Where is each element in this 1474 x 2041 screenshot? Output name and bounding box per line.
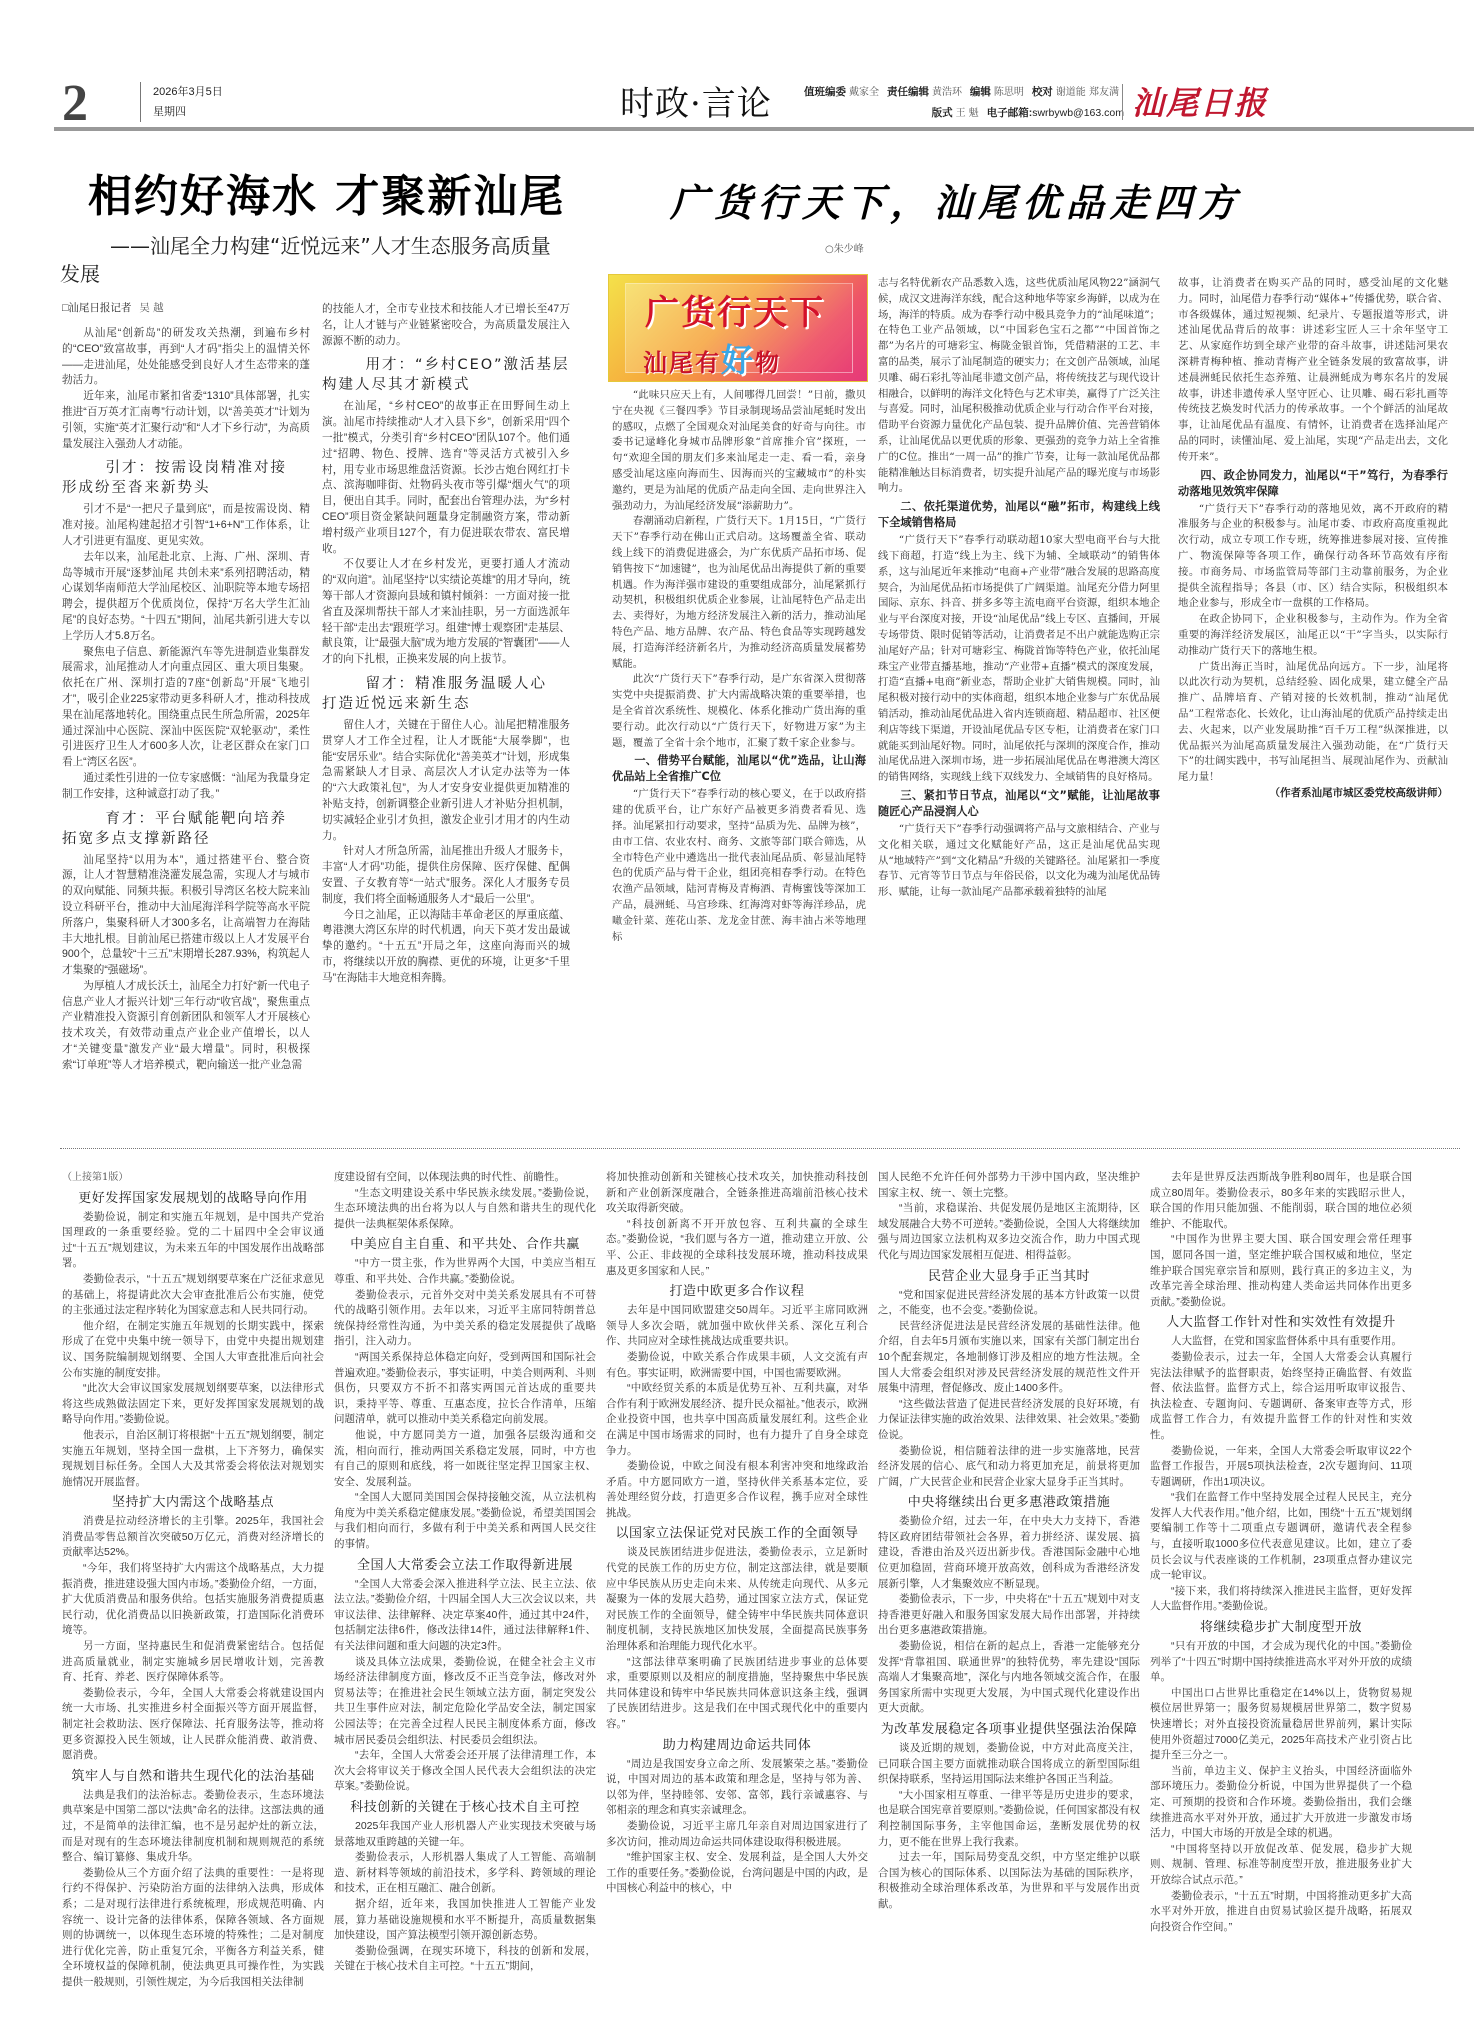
- paragraph: 民营经济促进法是民营经济发展的基础性法律。他介绍，自去年5月颁布实施以来，国家有…: [878, 1319, 1140, 1397]
- editor: 陈思明: [994, 87, 1024, 98]
- subheading: 民营企业大显身手正当其时: [878, 1267, 1140, 1287]
- paragraph: “当前，求稳谋治、共促发展仍是地区主流期待，区域发展融合大势不可逆转。”娄勤俭说…: [878, 1201, 1140, 1263]
- subheading: 中美应自主自重、和平共处、合作共赢: [334, 1235, 596, 1255]
- chief-editor: 黄浩环: [932, 87, 962, 98]
- chief-editor-label: 责任编辑: [887, 86, 929, 98]
- paragraph: “科技创新离不开开放包容、互利共赢的全球生态。”娄勤俭说，“我们愿与各方一道，推…: [606, 1217, 868, 1279]
- paragraph: 娄勤俭表示，人形机器人集成了人工智能、高端制造、新材料等领域的前沿技术，多学科、…: [334, 1850, 596, 1897]
- paragraph: 娄勤俭表示，下一步，中央将在“十五五”规划中对支持香港更好融入和服务国家发展大局…: [878, 1592, 1140, 1639]
- subheading: 为改革发展稳定各项事业提供坚强法治保障: [878, 1720, 1140, 1740]
- email-link[interactable]: swrbywb@163.com: [1032, 107, 1124, 119]
- paragraph: 今日之汕尾，正以海陆丰革命老区的厚重底蕴、粤港澳大湾区东岸的时代机遇，向天下英才…: [322, 908, 570, 987]
- paragraph: “中国作为世界主要大国、联合国安理会常任理事国，愿同各国一道，坚定维护联合国权威…: [1150, 1232, 1412, 1310]
- paragraph: 当前，单边主义、保护主义抬头，中国经济面临外部环境压力。娄勤俭分析说，中国为世界…: [1150, 1764, 1412, 1842]
- paragraph: 的技能人才，全市专业技术和技能人才已增长至47万名，让人才链与产业链紧密咬合，为…: [322, 302, 570, 349]
- weekday: 星期四: [153, 102, 223, 122]
- paragraph: “这部法律草案明确了民族团结进步事业的总体要求，重要原则以及相应的制度措施，坚持…: [606, 1655, 868, 1733]
- section-heading: 四、政企协同发力，汕尾以“干”笃行，为春季行动落地见效筑牢保障: [1178, 468, 1448, 500]
- header-rule: [54, 127, 1474, 131]
- paragraph: 另一方面，坚持惠民生和促消费紧密结合。包括促进高质量就业，制定实施城乡居民增收计…: [62, 1639, 324, 1686]
- paragraph: 娄勤俭表示，元首外交对中美关系发展具有不可替代的战略引领作用。去年以来，习近平主…: [334, 1288, 596, 1350]
- paragraph: 度建设留有空间，以体现法典的时代性、前瞻性。: [334, 1170, 596, 1186]
- paragraph: “周边是我国安身立命之所、发展繁荣之基。”娄勤俭说，中国对周边的基本政策和理念是…: [606, 1757, 868, 1819]
- subheading: 全国人大常委会立法工作取得新进展: [334, 1556, 596, 1576]
- subheading: 人大监督工作针对性和实效性有效提升: [1150, 1313, 1412, 1333]
- paragraph: 中国出口占世界比重稳定在14%以上，货物贸易规模位居世界第一；服务贸易规模居世界…: [1150, 1686, 1412, 1764]
- article2-column-2: 志与名特优新农产品悉数入选，这些优质汕尾风物22”涵洞气候，成汉文进海洋东线，配…: [878, 276, 1160, 1136]
- paragraph: “接下来，我们将持续深入推进民主监督，更好发挥人大监督作用。”娄勤俭说。: [1150, 1584, 1412, 1615]
- layout-label: 版式: [932, 107, 953, 119]
- article3-column-4: 国人民绝不允许任何外部势力干涉中国内政，坚决维护国家主权、统一、领土完整。 “当…: [878, 1170, 1140, 2030]
- paragraph: 娄勤俭说，一年来，全国人大常委会听取审议22个监督工作报告，开展5项执法检查，2…: [1150, 1444, 1412, 1491]
- subheading: 将继续稳步扩大制度型开放: [1150, 1618, 1412, 1638]
- paragraph: “只有开放的中国，才会成为现代化的中国。”娄勤俭列举了“十四五”时期中国持续推进…: [1150, 1639, 1412, 1686]
- subheading: 科技创新的关键在于核心技术自主可控: [334, 1798, 596, 1818]
- subheading: 坚持扩大内需这个战略基点: [62, 1493, 324, 1513]
- paragraph: 2025年我国产业人形机器人产业实现技术突破与场景落地双重跨越的关键一年。: [334, 1819, 596, 1850]
- paragraph: “大小国家相互尊重、一律平等是历史进步的要求，也是联合国宪章首要原则。”娄勤俭说…: [878, 1788, 1140, 1850]
- newspaper-logo: 汕尾日报: [1132, 78, 1268, 124]
- subheading: 打造中欧更多合作议程: [606, 1282, 868, 1302]
- paragraph: 谈及近期的规划，娄勤俭说，中方对此高度关注，已同联合国主要方面就推动联合国将成立…: [878, 1741, 1140, 1788]
- proof-label: 校对: [1032, 86, 1053, 98]
- article2-title: 广货行天下，汕尾优品走四方: [670, 172, 1242, 227]
- paragraph: 针对人才所急所需，汕尾推出升级人才服务卡，丰富“人才码”功能，提供住房保障、医疗…: [322, 844, 570, 907]
- editor-label: 编辑: [970, 86, 991, 98]
- article3-column-3: 将加快推动创新和关键核心技术攻关，加快推动科技创新和产业创新深度融合，全链条推进…: [606, 1170, 868, 2030]
- paragraph: 他介绍，在制定实施五年规划的长期实践中，探索形成了在党中央集中统一领导下，由党中…: [62, 1319, 324, 1381]
- byline-name: 吴 越: [139, 302, 163, 314]
- paragraph: 过去一年，国际局势变乱交织，中方坚定维护以联合国为核心的国际体系、以国际法为基础…: [878, 1850, 1140, 1912]
- logo-divider: [1122, 84, 1123, 120]
- duty-editor: 戴家全: [849, 87, 879, 98]
- paragraph: “广货行天下”春季行动强调将产品与文旅相结合、产业与文化相关联，通过文化赋能好产…: [878, 822, 1160, 901]
- paragraph: “此次大会审议国家发展规划纲要草案，以法律形式将这些成熟做法固定下来，更好发挥国…: [62, 1381, 324, 1428]
- paragraph: “此味只应天上有，人间哪得几回尝！”日前，撒贝宁在央视《三餐四季》节目录制现场品…: [612, 388, 866, 514]
- paragraph: “广货行天下”春季行动的落地见效，离不开政府的精准服务与企业的积极参与。汕尾市委…: [1178, 502, 1448, 613]
- paragraph: 聚焦电子信息、新能源汽车等先进制造业集群发展需求，汕尾推动人才向重点园区、重大项…: [62, 645, 310, 771]
- paragraph: 娄勤俭说，中欧之间没有根本利害冲突和地缘政治矛盾。中方愿同欧方一道，坚持伙伴关系…: [606, 1459, 868, 1521]
- paragraph: 引才不是“一把尺子量到底”，而是按需设岗、精准对接。汕尾构建起招才引智“1+6+…: [62, 502, 310, 549]
- article2-column-3: 故事，让消费者在购买产品的同时，感受汕尾的文化魅力。同时，汕尾借力春季行动“媒体…: [1178, 276, 1448, 1136]
- subheading: 中央将继续出台更多惠港政策措施: [878, 1493, 1140, 1513]
- paragraph: “全国人大常委会深入推进科学立法、民主立法、依法立法。”娄勤俭介绍，十四届全国人…: [334, 1577, 596, 1655]
- paragraph: “两国关系保持总体稳定向好，受到两国和国际社会普遍欢迎。”娄勤俭表示，事实证明，…: [334, 1350, 596, 1428]
- article1-title: 相约好海水 才聚新汕尾: [88, 160, 565, 224]
- paragraph: 谈及具体立法成果，娄勤俭说，在健全社会主义市场经济法律制度方面，修改反不正当竞争…: [334, 1655, 596, 1749]
- paragraph: 消费是拉动经济增长的主引擎。2025年，我国社会消费品零售总额首次突破50万亿元…: [62, 1514, 324, 1561]
- paragraph: 谈及民族团结进步促进法，娄勤俭表示，立足新时代党的民族工作的历史方位，制定这部法…: [606, 1545, 868, 1654]
- section-heading: 二、依托渠道优势，汕尾以“融”拓市，构建线上线下全域销售格局: [878, 499, 1160, 531]
- paragraph: 他表示，自治区制订将根据“十五五”规划纲要，制定实施五年规划，坚持全国一盘棋，上…: [62, 1428, 324, 1490]
- section-heading-cultivate: 育才：平台赋能靶向培养拓宽多点支撑新路径: [62, 809, 310, 849]
- paragraph: 据介绍，近年来，我国加快推进人工智能产业发展，算力基础设施规模和水平不断提升，高…: [334, 1897, 596, 1944]
- paragraph: 娄勤俭介绍，过去一年，在中央大力支持下，香港特区政府团结带领社会各界，着力拼经济…: [878, 1514, 1140, 1592]
- subheading: 以国家立法保证党对民族工作的全面领导: [606, 1524, 868, 1544]
- author-note: （作者系汕尾市城区委党校高级讲师）: [1178, 786, 1448, 802]
- duty-editor-label: 值班编委: [804, 86, 846, 98]
- article1-byline: □汕尾日报记者吴 越: [62, 300, 164, 315]
- article2-column-1: “此味只应天上有，人间哪得几回尝！”日前，撒贝宁在央视《三餐四季》节目录制现场品…: [612, 388, 866, 1136]
- paragraph: “党和国家促进民营经济发展的基本方针政策一以贯之，不能变，也不会变。”娄勤俭说。: [878, 1288, 1140, 1319]
- subheading: 筑牢人与自然和谐共生现代化的法治基础: [62, 1767, 324, 1787]
- paragraph: “广货行天下”春季行动联动超10家大型电商平台与大批线下商超，打造“线上为主、线…: [878, 533, 1160, 786]
- paragraph: “去年，全国人大常委会还开展了法律清理工作，本次大会将审议关于修改全国人民代表大…: [334, 1748, 596, 1795]
- paragraph: “中国将坚持以开放促改革、促发展，稳步扩大规则、规制、管理、标准等制度型开放，推…: [1150, 1842, 1412, 1889]
- paragraph: 娄勤俭说，相信在新的起点上，香港一定能够充分发挥“背靠祖国、联通世界”的独特优势…: [878, 1639, 1140, 1717]
- banner-line-2: 汕尾有好物: [643, 335, 781, 381]
- proofreader: 谢道能 郑友满: [1056, 87, 1119, 98]
- paragraph: “全国人大愿同美国国会保持接触交流，从立法机构角度为中美关系稳定健康发展。”娄勤…: [334, 1490, 596, 1552]
- banner-line-1: 广货行天下: [645, 285, 825, 334]
- paragraph: 在汕尾，“乡村CEO”的故事正在田野间生动上演。汕尾市持续推动“人才入县下乡”，…: [322, 399, 570, 557]
- paragraph: 春潮涌动启新程，广货行天下。1月15日，“广货行天下”春季行动在佛山正式启动。这…: [612, 514, 866, 672]
- paragraph: 娄勤俭说，制定和实施五年规划，是中国共产党治国理政的一条重要经验。党的二十届四中…: [62, 1210, 324, 1272]
- paragraph: 去年是中国同欧盟建交50周年。习近平主席同欧洲领导人多次会晤，就加强中欧伙伴关系…: [606, 1303, 868, 1350]
- subheading: 助力构建周边命运共同体: [606, 1736, 868, 1756]
- paragraph: “维护国家主权、安全、发展利益，是全国人大外交工作的重要任务。”娄勤俭说，台湾问…: [606, 1850, 868, 1897]
- paragraph: “广货行天下”春季行动的核心要义，在于以政府搭建的优质平台，让广东好产品被更多消…: [612, 787, 866, 945]
- paragraph: “中方一贯主张，作为世界两个大国，中美应当相互尊重、和平共处、合作共赢。”娄勤俭…: [334, 1256, 596, 1287]
- email-label: 电子邮箱:: [987, 107, 1033, 119]
- subheading: 更好发挥国家发展规划的战略导向作用: [62, 1189, 324, 1209]
- continued-from-page-1: （上接第1版）: [62, 1170, 324, 1186]
- article3-column-5: 去年是世界反法西斯战争胜利80周年，也是联合国成立80周年。娄勤俭表示，80多年…: [1150, 1170, 1412, 2030]
- page-number: 2: [62, 78, 88, 130]
- paragraph: “生态文明建设关系中华民族永续发展。”娄勤俭说，生态环境法典的出台将为以人与自然…: [334, 1186, 596, 1233]
- article1-column-1: 从汕尾“创新岛”的研发攻关热潮，到遍布乡村的“CEO”致富故事，再到“人才码”指…: [62, 326, 310, 1146]
- section-heading-recruit: 引才：按需设岗精准对接形成纷至沓来新势头: [62, 458, 310, 498]
- paragraph: 娄勤俭强调，在现实环境下，科技的创新和发展，关键在于核心技术自主可控。“十五五”…: [334, 1944, 596, 1975]
- date: 2026年3月5日: [153, 82, 223, 102]
- paragraph: “中欧经贸关系的本质是优势互补、互利共赢，对华合作有利于欧洲发展经济、提升民众福…: [606, 1381, 868, 1459]
- paragraph: 他说，中方愿同美方一道，加强各层级沟通和交流，相向而行，推动两国关系稳定发展，同…: [334, 1428, 596, 1490]
- paragraph: 娄勤俭说，相信随着法律的进一步实施落地，民营经济发展的信心、底气和动力将更加充足…: [878, 1444, 1140, 1491]
- paragraph: 娄勤俭表示，今年，全国人大常委会将就建设国内统一大市场、扎实推进乡村全面振兴等方…: [62, 1686, 324, 1764]
- section-heading-employ: 用才：“乡村CEO”激活基层构建人尽其才新模式: [322, 355, 570, 395]
- paragraph: 人大监督，在党和国家监督体系中具有重要作用。: [1150, 1334, 1412, 1350]
- paragraph: 法典是我们的法治标志。娄勤俭表示，生态环境法典草案是中国第二部以“法典”命名的法…: [62, 1788, 324, 1866]
- section-heading: 一、借势平台赋能，汕尾以“优”选品，让山海优品站上全省推广C位: [612, 753, 866, 785]
- paragraph: 故事，让消费者在购买产品的同时，感受汕尾的文化魅力。同时，汕尾借力春季行动“媒体…: [1178, 276, 1448, 466]
- article1-column-2: 的技能人才，全市专业技术和技能人才已增长至47万名，让人才链与产业链紧密咬合，为…: [322, 302, 570, 1147]
- paragraph: 娄勤俭表示，“十五五”时期，中国将推动更多扩大高水平对外开放，推进自由贸易试验区…: [1150, 1889, 1412, 1936]
- paragraph: 留住人才，关键在于留住人心。汕尾把精准服务贯穿人才工作全过程，让人才既能“大展拳…: [322, 718, 570, 844]
- paragraph: 通过柔性引进的一位专家感慨：“汕尾为我量身定制工作安排，这种诚意打动了我。”: [62, 771, 310, 803]
- paragraph: “我们在监督工作中坚持发展全过程人民民主，充分发挥人大代表作用。”他介绍，比如，…: [1150, 1490, 1412, 1584]
- paragraph: 国人民绝不允许任何外部势力干涉中国内政，坚决维护国家主权、统一、领土完整。: [878, 1170, 1140, 1201]
- paragraph: 娄勤俭从三个方面介绍了法典的重要性：一是将现行约不得保护、污染防治方面的法律纳入…: [62, 1866, 324, 1991]
- paragraph: 将加快推动创新和关键核心技术攻关，加快推动科技创新和产业创新深度融合，全链条推进…: [606, 1170, 868, 1217]
- byline-label: □汕尾日报记者: [62, 302, 131, 314]
- paragraph: “这些做法营造了促进民营经济发展的良好环境，有力保证法律实施的政治效果、法律效果…: [878, 1397, 1140, 1444]
- article1-subtitle: ——汕尾全力构建“近悦远来”人才生态服务高质量发展: [60, 232, 560, 288]
- paragraph: 汕尾坚持“以用为本”，通过搭建平台、整合资源，让人才智慧精准浇灌发展急需，实现人…: [62, 853, 310, 979]
- paragraph: 此次“广货行天下”春季行动，是广东省深入贯彻落实党中央提振消费、扩大内需战略决策…: [612, 672, 866, 751]
- layout-designer: 王 魁: [956, 108, 979, 119]
- paragraph: 娄勤俭表示，过去一年，全国人大常委会认真履行宪法法律赋予的监督职责，始终坚持正确…: [1150, 1350, 1412, 1444]
- section-heading: 三、紧扣节日节点，汕尾以“文”赋能，让汕尾故事随匠心产品浸润人心: [878, 788, 1160, 820]
- paragraph: 在政企协同下，企业积极参与，主动作为。作为全省重要的海洋经济发展区，汕尾正以“干…: [1178, 612, 1448, 659]
- staff-credits: 值班编委戴家全 责任编辑黄浩环 编辑陈思明 校对谢道能 郑友满 版式王 魁 电子…: [654, 82, 1124, 124]
- section-heading-retain: 留才：精准服务温暖人心打造近悦远来新生态: [322, 674, 570, 714]
- paragraph: 为厚植人才成长沃土，汕尾全力打好“新一代电子信息产业人才振兴计划”三年行动“收官…: [62, 979, 310, 1074]
- paragraph: 不仅要让人才在乡村发光，更要打通人才流动的“双向道”。汕尾坚持“以实绩论英雄”的…: [322, 557, 570, 668]
- paragraph: 广货出海正当时，汕尾优品向远方。下一步，汕尾将以此次行动为契机，总结经验、固化成…: [1178, 660, 1448, 786]
- issue-date: 2026年3月5日 星期四: [140, 82, 223, 122]
- paragraph: “今年，我们将坚持扩大内需这个战略基点，大力提振消费，推进建设强大国内市场。”娄…: [62, 1561, 324, 1639]
- paragraph: 志与名特优新农产品悉数入选，这些优质汕尾风物22”涵洞气候，成汉文进海洋东线，配…: [878, 276, 1160, 497]
- paragraph: 去年以来，汕尾赴北京、上海、广州、深圳、青岛等城市开展“逐梦汕尾 共创未来”系列…: [62, 550, 310, 645]
- section-divider: [60, 1148, 1460, 1149]
- paragraph: 近年来，汕尾市紧扣省委“1310”具体部署，扎实推进“百万英才汇南粤”行动计划，…: [62, 389, 310, 452]
- paragraph: 从汕尾“创新岛”的研发攻关热潮，到遍布乡村的“CEO”致富故事，再到“人才码”指…: [62, 326, 310, 389]
- article3-column-1: （上接第1版） 更好发挥国家发展规划的战略导向作用 娄勤俭说，制定和实施五年规划…: [62, 1170, 324, 2030]
- paragraph: 娄勤俭说，习近平主席几年亲自对周边国家进行了多次访问，推动周边命运共同体建设取得…: [606, 1819, 868, 1850]
- paragraph: 娄勤俭表示，“十五五”规划纲要草案在广泛征求意见的基础上，将提请此次大会审查批准…: [62, 1272, 324, 1319]
- article2-author: ○朱少峰: [825, 240, 864, 255]
- paragraph: 去年是世界反法西斯战争胜利80周年，也是联合国成立80周年。娄勤俭表示，80多年…: [1150, 1170, 1412, 1232]
- promo-banner-image: 广货行天下 汕尾有好物: [608, 274, 868, 382]
- article3-column-2: 度建设留有空间，以体现法典的时代性、前瞻性。 “生态文明建设关系中华民族永续发展…: [334, 1170, 596, 2030]
- paragraph: 娄勤俭说，中欧关系合作成果丰硕，人文交流有声有色。事实证明，欧洲需要中国，中国也…: [606, 1350, 868, 1381]
